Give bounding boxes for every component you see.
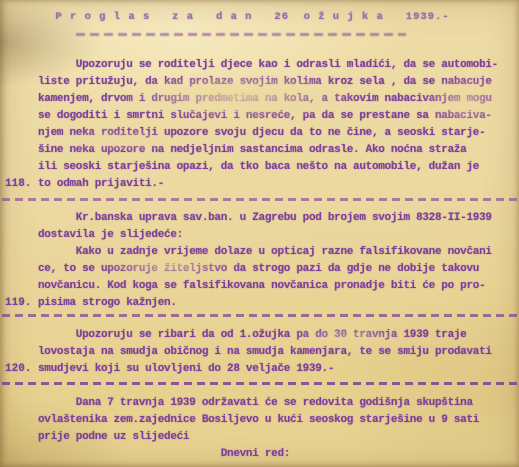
- scanned-document: P r o g l a s z a d a n 26 o ž u j k a 1…: [0, 0, 519, 467]
- document-section: 118. Upozoruju se roditelji djece kao i …: [0, 57, 519, 193]
- text-line: Kr.banska uprava sav.ban. u Zagrebu pod …: [38, 210, 515, 227]
- document-section: Dana 7 travnja 1939 održavati će se redo…: [0, 395, 519, 463]
- text-line: njem neka roditelji upozore svoju djecu …: [38, 125, 515, 142]
- text-line: lovostaja na smudja običnog i na smudja …: [38, 344, 515, 361]
- text-line: prije podne uz slijedeći: [38, 429, 515, 446]
- section-number: 120.: [5, 361, 31, 378]
- text-line: ili seoski starješina opazi, da tko baca…: [38, 159, 515, 176]
- text-line: Dnevni red:: [38, 446, 515, 463]
- text-line: liste pritužuju, da kad prolaze svojim k…: [38, 74, 515, 91]
- text-line: Kako u zadnje vrijeme dolaze u opticaj r…: [38, 244, 515, 261]
- text-line: pisima strogo kažnjen.: [38, 295, 515, 312]
- text-line: ce, to se upozoruje žiteljstvo da strogo…: [38, 261, 515, 278]
- text-line: novčanicu. Kod koga se falsifikovana nov…: [38, 278, 515, 295]
- title-underline: [76, 33, 406, 36]
- text-line: dostavila je slijedeće:: [38, 227, 515, 244]
- text-line: se dogoditi i smrtni slučajevi i nesreće…: [38, 108, 515, 125]
- text-line: smudjevi koji su ulovljeni do 28 veljače…: [38, 361, 515, 378]
- section-number: 118.: [5, 176, 31, 193]
- document-section: 120. Upozoruju se ribari da od 1.ožujka …: [0, 327, 519, 378]
- document-title: P r o g l a s z a d a n 26 o ž u j k a 1…: [0, 11, 505, 23]
- document-body: 118. Upozoruju se roditelji djece kao i …: [0, 54, 519, 463]
- text-line: to odmah prijaviti.-: [38, 176, 515, 193]
- document-section: 119. Kr.banska uprava sav.ban. u Zagrebu…: [0, 210, 519, 312]
- text-line: kamenjem, drvom i drugim predmetima na k…: [38, 91, 515, 108]
- text-line: Upozoruju se ribari da od 1.ožujka pa do…: [38, 327, 515, 344]
- separator-line: [2, 198, 517, 201]
- text-line: ovlaštenika zem.zajednice Bosiljevo u ku…: [38, 412, 515, 429]
- separator-line: [2, 382, 517, 385]
- text-line: Dana 7 travnja 1939 održavati će se redo…: [38, 395, 515, 412]
- text-line: Upozoruju se roditelji djece kao i odras…: [38, 57, 515, 74]
- text-line: šine neka upozore na nedjeljnim sastanci…: [38, 142, 515, 159]
- section-number: 119.: [5, 295, 31, 312]
- separator-line: [2, 314, 517, 317]
